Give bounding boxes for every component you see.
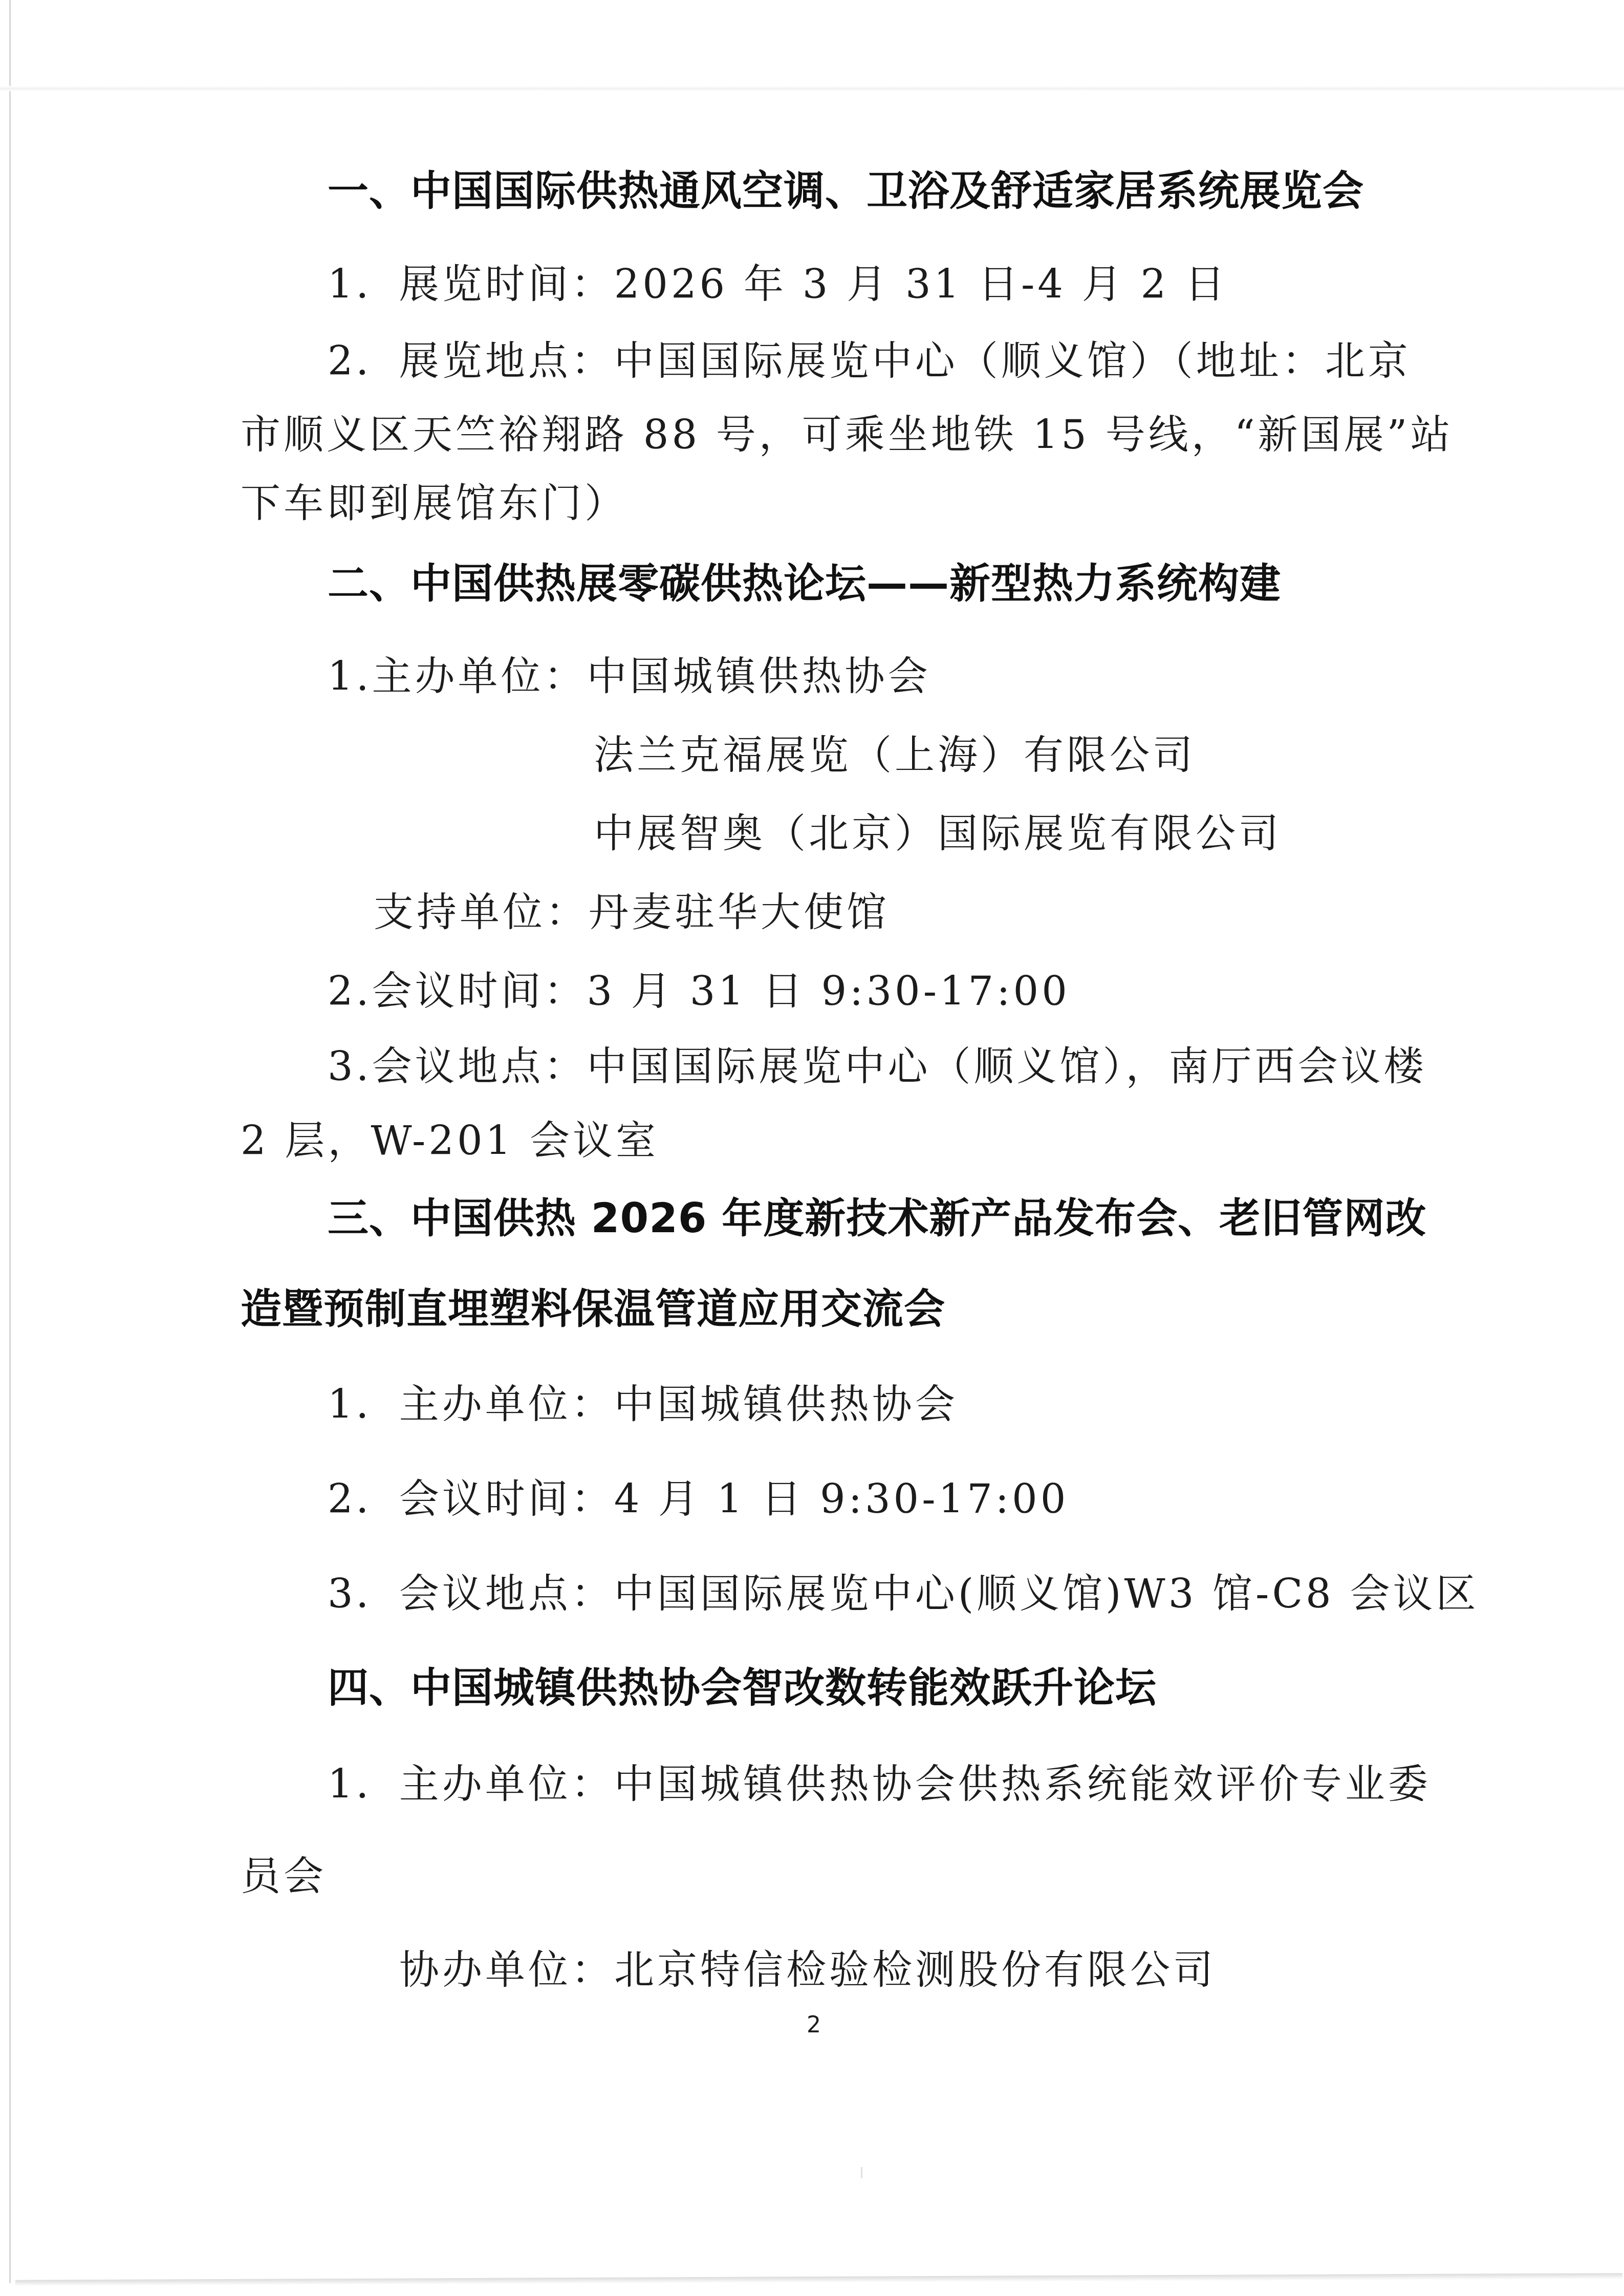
page-number: 2	[807, 2012, 821, 2038]
section-3-heading-line-1: 三、中国供热 2026 年度新技术新产品发布会、老旧管网改	[328, 1198, 1426, 1239]
section-2-meeting-time: 2.会议时间：3 月 31 日 9:30-17:00	[328, 972, 1070, 1012]
section-2-heading: 二、中国供热展零碳供热论坛——新型热力系统构建	[328, 563, 1281, 604]
section-2-organizer-1: 1.主办单位：中国城镇供热协会	[328, 657, 930, 697]
section-4-co-organizer: 协办单位：北京特信检验检测股份有限公司	[399, 1950, 1216, 1990]
scan-edge-left	[9, 0, 11, 2283]
section-3-organizer: 1．主办单位：中国城镇供热协会	[328, 1385, 958, 1425]
section-4-organizer-continued: 员会	[241, 1857, 327, 1897]
section-2-supporter: 支持单位：丹麦驻华大使馆	[374, 893, 890, 933]
section-1-venue-directions: 下车即到展馆东门）	[241, 484, 627, 524]
section-2-meeting-venue: 3.会议地点：中国国际展览中心（顺义馆），南厅西会议楼	[328, 1047, 1426, 1087]
scan-edge-bottom	[15, 2273, 1622, 2286]
scan-mark	[861, 2167, 862, 2178]
section-1-exhibition-time: 1．展览时间：2026 年 3 月 31 日-4 月 2 日	[328, 265, 1228, 305]
section-3-meeting-time: 2．会议时间：4 月 1 日 9:30-17:00	[328, 1479, 1069, 1519]
section-2-meeting-room: 2 层，W-201 会议室	[241, 1121, 659, 1161]
scan-edge-top	[0, 86, 1624, 91]
section-3-heading-line-2: 造暨预制直埋塑料保温管道应用交流会	[241, 1289, 945, 1329]
section-1-exhibition-venue: 2．展览地点：中国国际展览中心（顺义馆）（地址：北京	[328, 341, 1411, 381]
section-2-organizer-2: 法兰克福展览（上海）有限公司	[594, 736, 1196, 776]
section-1-heading: 一、中国国际供热通风空调、卫浴及舒适家居系统展览会	[328, 170, 1364, 211]
section-4-organizer: 1．主办单位：中国城镇供热协会供热系统能效评价专业委	[328, 1765, 1431, 1805]
section-4-heading: 四、中国城镇供热协会智改数转能效跃升论坛	[328, 1667, 1157, 1708]
section-1-venue-address: 市顺义区天竺裕翔路 88 号，可乘坐地铁 15 号线，“新国展”站	[241, 415, 1453, 455]
section-2-organizer-3: 中展智奥（北京）国际展览有限公司	[594, 814, 1282, 854]
section-3-meeting-venue: 3．会议地点：中国国际展览中心(顺义馆)W3 馆-C8 会议区	[328, 1574, 1479, 1614]
